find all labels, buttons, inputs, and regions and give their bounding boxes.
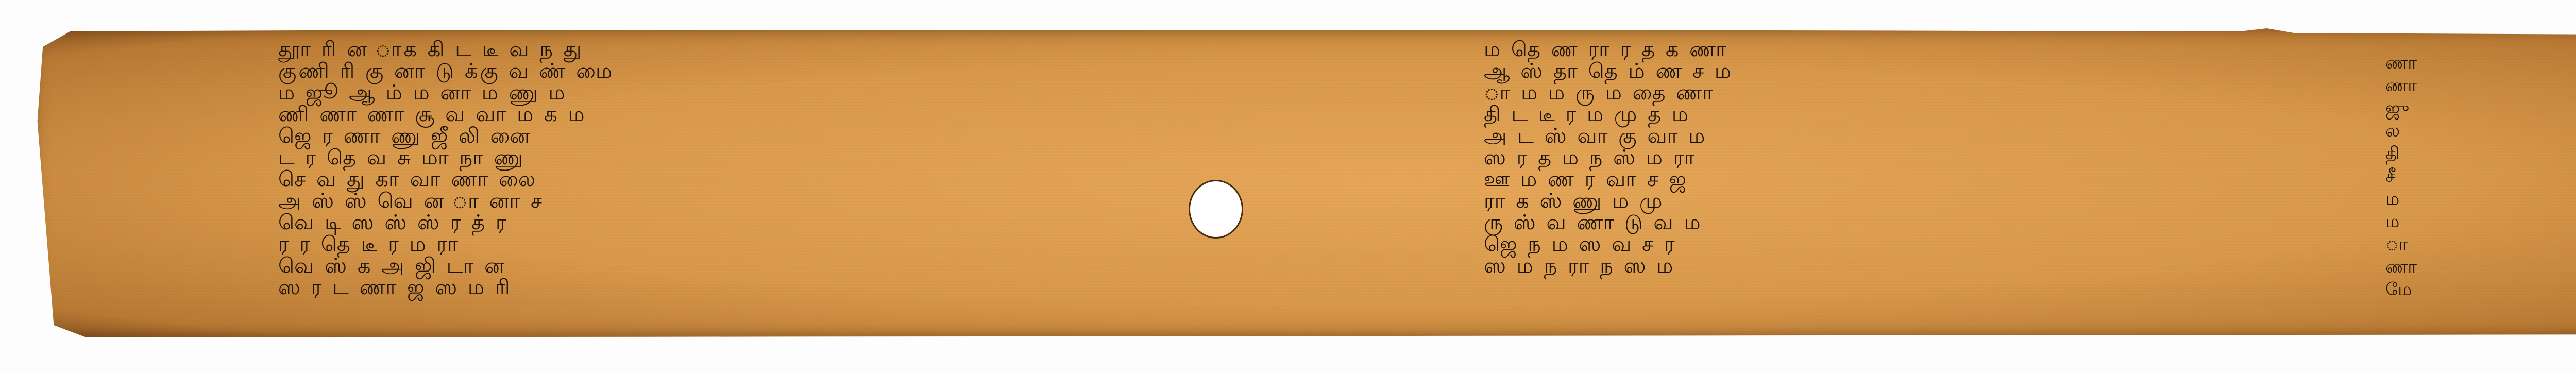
string-hole [1190,181,1242,237]
manuscript-line: ம ஜூ ஆ ம் ம னா ம ணு ம [278,82,1257,104]
manuscript-line: அ ட ஸ் வா கு வா ம [1484,125,2463,147]
manuscript-line: ரு ஸ் வ ணா டு வ ம [1484,212,2463,233]
manuscript-line: ர ர தெ டீ ர ம ரா [278,233,1257,255]
margin-glyph: தி [2385,142,2432,165]
manuscript-text-middle: ம தெ ண ரா ர த க ணா ஆ ஸ் தா தெ ம் ண ச ம ா… [1484,39,2463,327]
margin-glyph: ம [2385,210,2432,233]
margin-glyph: ணா [2385,74,2432,97]
manuscript-line: ரா க ஸ் ணு ம மு [1484,190,2463,212]
margin-glyph: ம [2385,188,2432,210]
margin-glyph: மே [2385,278,2432,301]
margin-glyph: ணா [2385,52,2432,74]
manuscript-line: ஸ ம ந ரா ந ஸ ம [1484,255,2463,277]
manuscript-margin-column: ணா ணா ஜு ல தி சீ ம ம ா ணா மே [2385,52,2432,330]
manuscript-line: ட ர தெ வ சு மா நா ணு [278,147,1257,168]
manuscript-line: தூா ரி ன ாக கி ட டீ வ ந து [278,39,1257,60]
margin-glyph: ஜு [2385,97,2432,120]
manuscript-line: ணி ணா ணா சூ வ வா ம க ம [278,104,1257,125]
manuscript-line: செ வ து கா வா ணா லை [278,168,1257,190]
margin-glyph: ணா [2385,256,2432,278]
manuscript-line: ஜெ ந ம ஸ வ ச ர [1484,233,2463,255]
manuscript-line: ஸ ர ட ணா ஜ ஸ ம ரி [278,277,1257,298]
margin-glyph: ல [2385,120,2432,142]
manuscript-line: வெ டி ஸ ஸ் ஸ் ர த் ர [278,212,1257,233]
manuscript-text-left: தூா ரி ன ாக கி ட டீ வ ந து குணி ரி கு னா… [278,39,1257,327]
manuscript-line: ம தெ ண ரா ர த க ணா [1484,39,2463,60]
manuscript-line: ஸ ர த ம ந ஸ் ம ரா [1484,147,2463,168]
margin-glyph: ா [2385,233,2432,256]
manuscript-line: அ ஸ் ஸ் வெ ன ா னா ச [278,190,1257,212]
manuscript-line: வெ ஸ் க அ ஜி டா ன [278,255,1257,277]
margin-glyph: சீ [2385,165,2432,188]
manuscript-line: ஊ ம ண ர வா ச ஜ [1484,168,2463,190]
manuscript-line: ஜெ ர ணா ணு ஜீ லி னை [278,125,1257,147]
manuscript-line: ா ம ம ரு ம தை ணா [1484,82,2463,104]
manuscript-line: குணி ரி கு னா டு க்கு வ ண் மை [278,60,1257,82]
manuscript-line: ஆ ஸ் தா தெ ம் ண ச ம [1484,60,2463,82]
manuscript-line: தி ட டீ ர ம மு த ம [1484,104,2463,125]
